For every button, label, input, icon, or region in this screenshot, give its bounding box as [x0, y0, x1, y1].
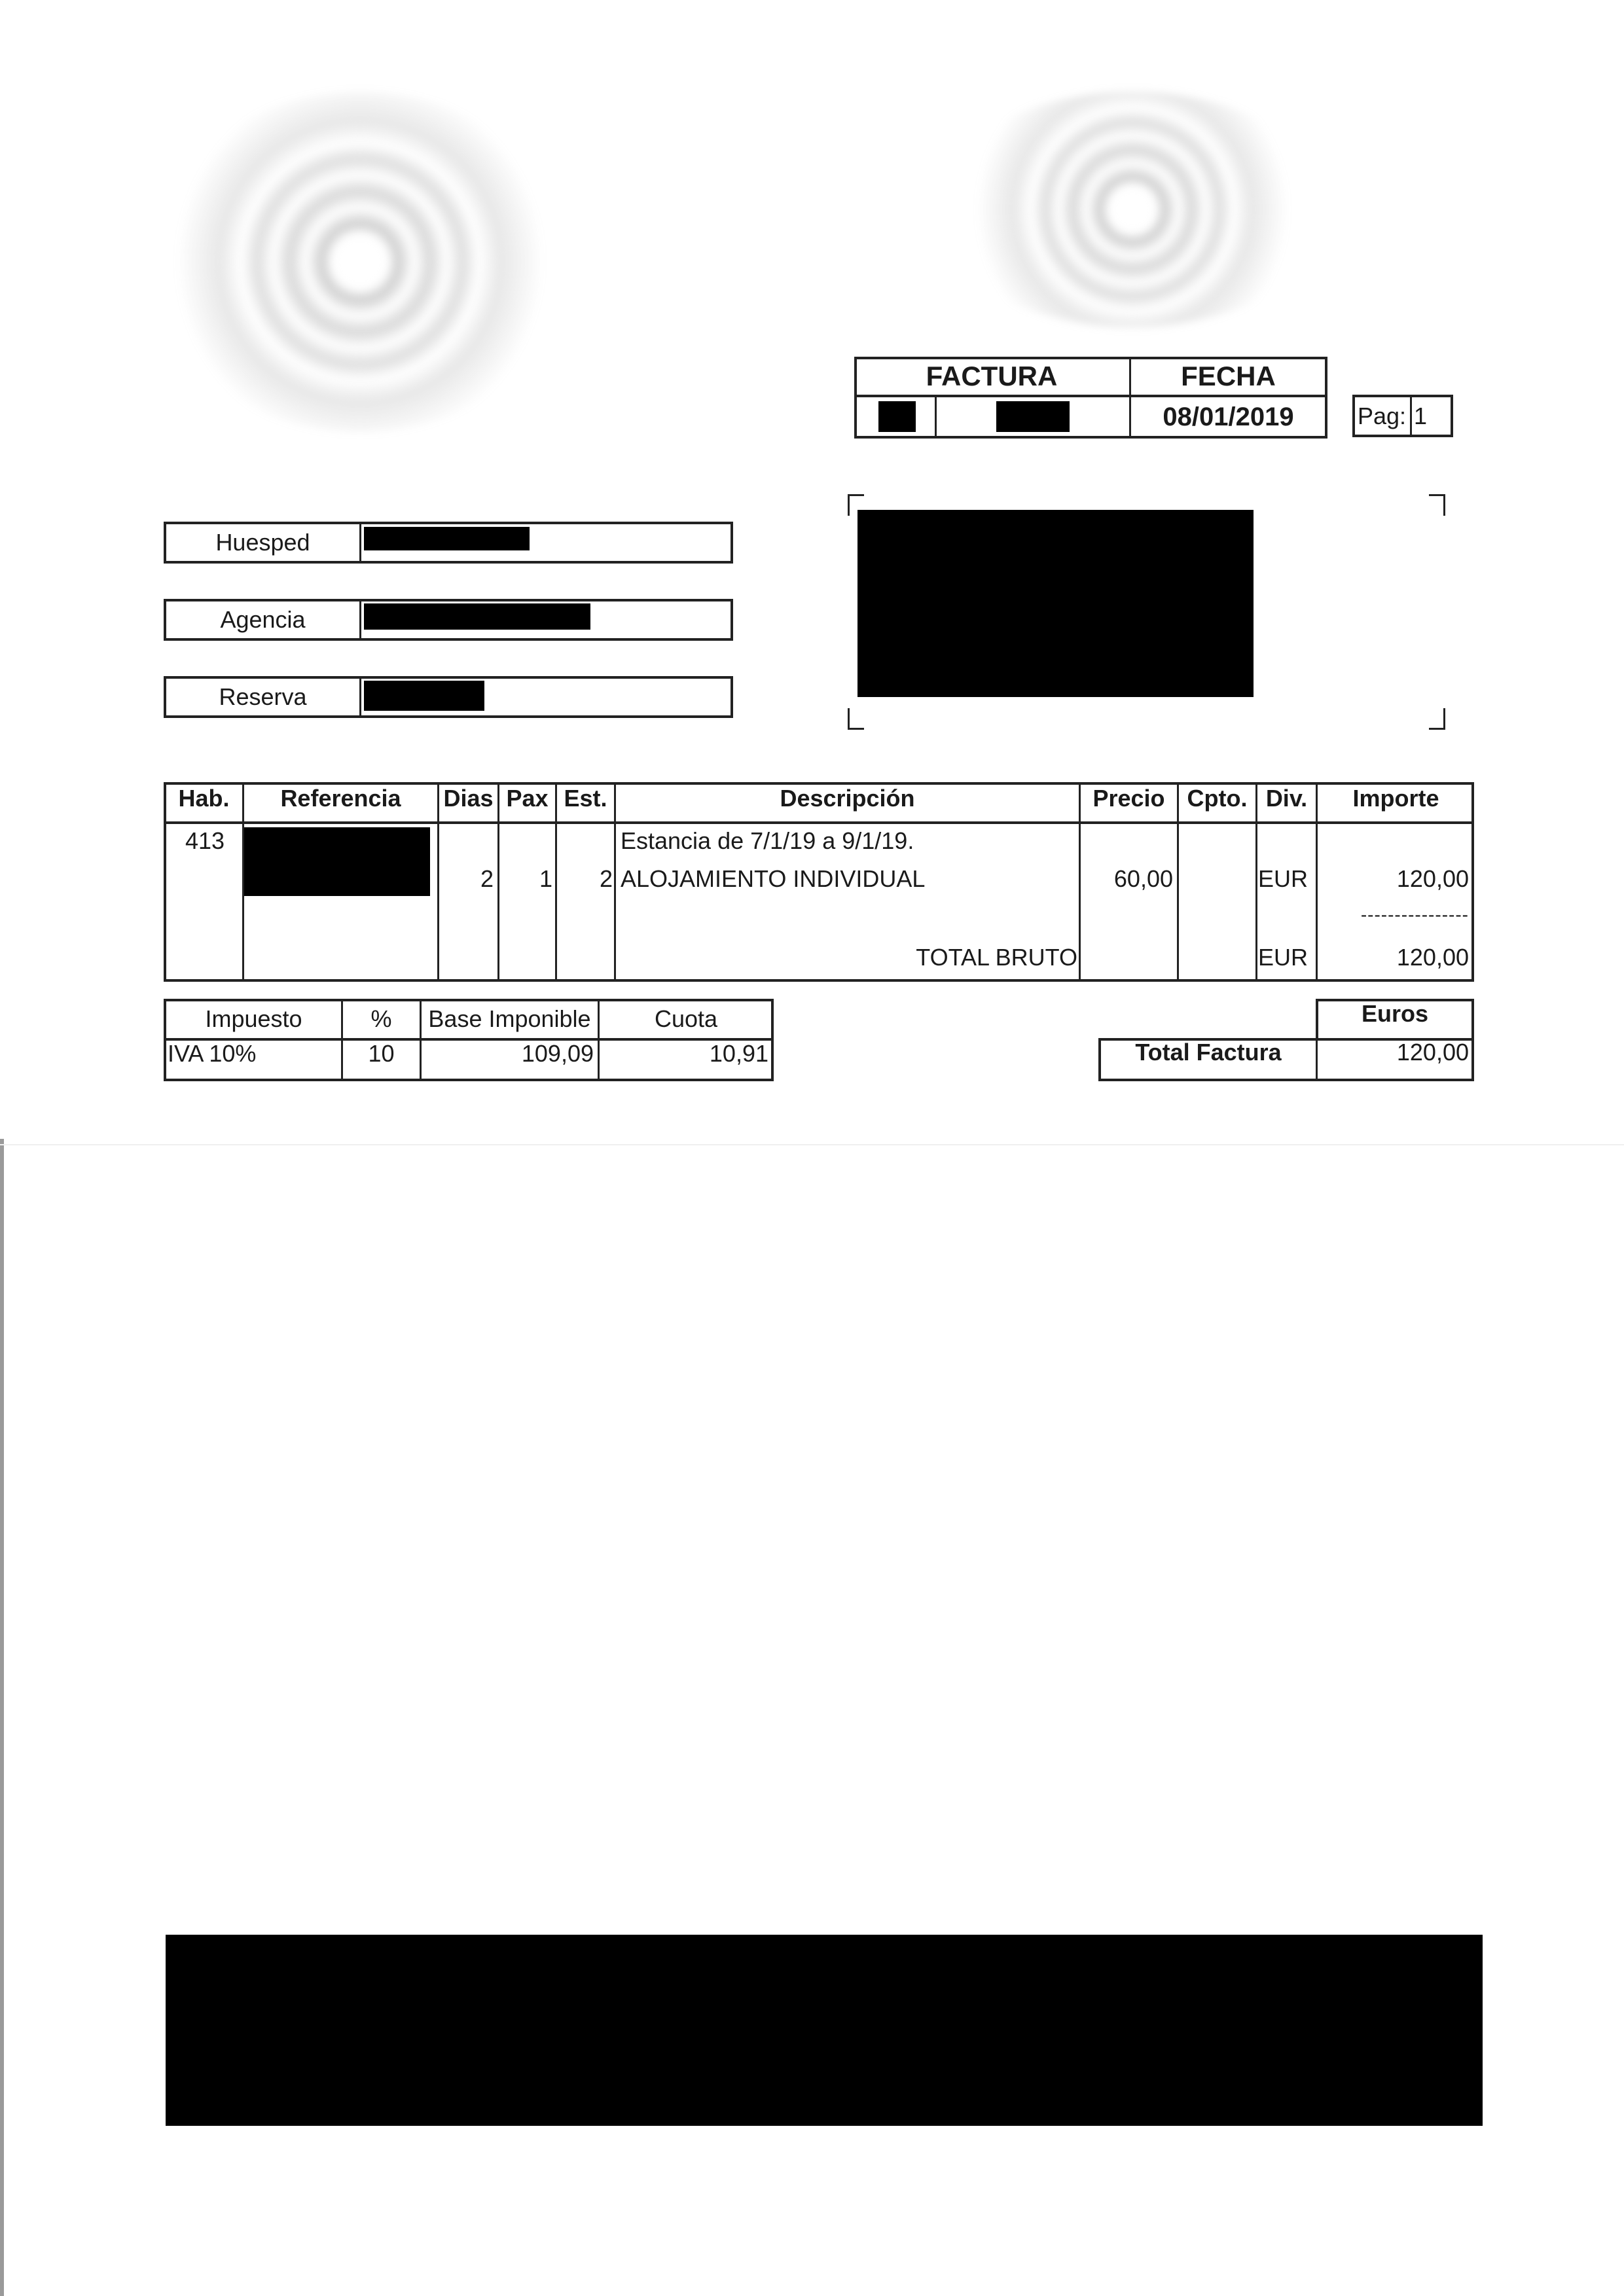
importe-separator: ----------------	[1318, 902, 1473, 928]
divider	[1316, 1038, 1318, 1081]
header-divider	[164, 821, 1474, 824]
invoice-date: 08/01/2019	[1129, 396, 1327, 439]
div-value: EUR	[1258, 864, 1317, 894]
invoice-number-redacted	[996, 401, 1070, 432]
huesped-value-redacted	[364, 527, 530, 550]
column-header-descripcion: Descripción	[616, 783, 1079, 814]
address-redacted	[857, 510, 1254, 697]
date-label: FECHA	[1129, 357, 1327, 396]
hotel-logo-left	[151, 92, 569, 432]
column-header-pax: Pax	[499, 783, 555, 814]
importe-value: 120,00	[1318, 864, 1473, 894]
divider	[359, 676, 361, 718]
column-header-dias: Dias	[439, 783, 497, 814]
column-header-est: Est.	[557, 783, 614, 814]
footer-redacted	[166, 1935, 1483, 2126]
divider	[935, 395, 937, 439]
pax-value: 1	[500, 864, 556, 894]
column-header-referencia: Referencia	[244, 783, 437, 814]
est-value: 2	[558, 864, 615, 894]
tax-col-pct: %	[343, 1000, 420, 1038]
agencia-label: Agencia	[166, 599, 359, 641]
scan-edge	[0, 1139, 4, 2296]
room-number: 413	[166, 826, 244, 856]
invoice-label: FACTURA	[854, 357, 1129, 396]
column-header-div: Div.	[1257, 783, 1316, 814]
precio-value: 60,00	[1081, 864, 1177, 894]
currency-header: Euros	[1317, 1000, 1473, 1028]
total-factura-label: Total Factura	[1101, 1039, 1316, 1066]
bracket-bottom-left	[848, 708, 864, 730]
total-bruto-label: TOTAL BRUTO	[621, 941, 1079, 974]
tax-cuota: 10,91	[600, 1041, 772, 1067]
divider	[1410, 395, 1412, 437]
bracket-bottom-right	[1429, 708, 1445, 730]
stay-description: Estancia de 7/1/19 a 9/1/19.	[621, 826, 1079, 856]
page-label: Pag:	[1354, 395, 1410, 437]
reserva-label: Reserva	[166, 676, 359, 718]
column-header-cpto: Cpto.	[1179, 783, 1255, 814]
column-header-importe: Importe	[1318, 783, 1474, 814]
huesped-label: Huesped	[166, 522, 359, 564]
line-description: ALOJAMIENTO INDIVIDUAL	[621, 864, 1079, 894]
invoice-series-redacted	[878, 401, 916, 432]
bracket-top-right	[1429, 494, 1445, 516]
total-bruto-importe: 120,00	[1318, 941, 1473, 974]
tax-impuesto: IVA 10%	[168, 1041, 341, 1067]
total-bruto-div: EUR	[1258, 941, 1317, 974]
agencia-value-redacted	[364, 603, 590, 630]
tax-base: 109,09	[422, 1041, 598, 1067]
column-header-hab: Hab.	[166, 783, 242, 814]
tax-pct: 10	[343, 1041, 420, 1067]
tax-col-impuesto: Impuesto	[166, 1000, 341, 1038]
divider	[359, 522, 361, 564]
dias-value: 2	[440, 864, 497, 894]
tax-col-base: Base Imponible	[422, 1000, 598, 1038]
divider	[359, 599, 361, 641]
page-value: 1	[1414, 395, 1452, 437]
reference-redacted	[244, 827, 430, 896]
column-header-precio: Precio	[1081, 783, 1177, 814]
total-factura-value: 120,00	[1318, 1039, 1473, 1066]
hotel-logo-right	[936, 92, 1329, 327]
reserva-value-redacted	[364, 681, 484, 711]
tax-col-cuota: Cuota	[600, 1000, 772, 1038]
scan-fold-line	[0, 1144, 1624, 1145]
